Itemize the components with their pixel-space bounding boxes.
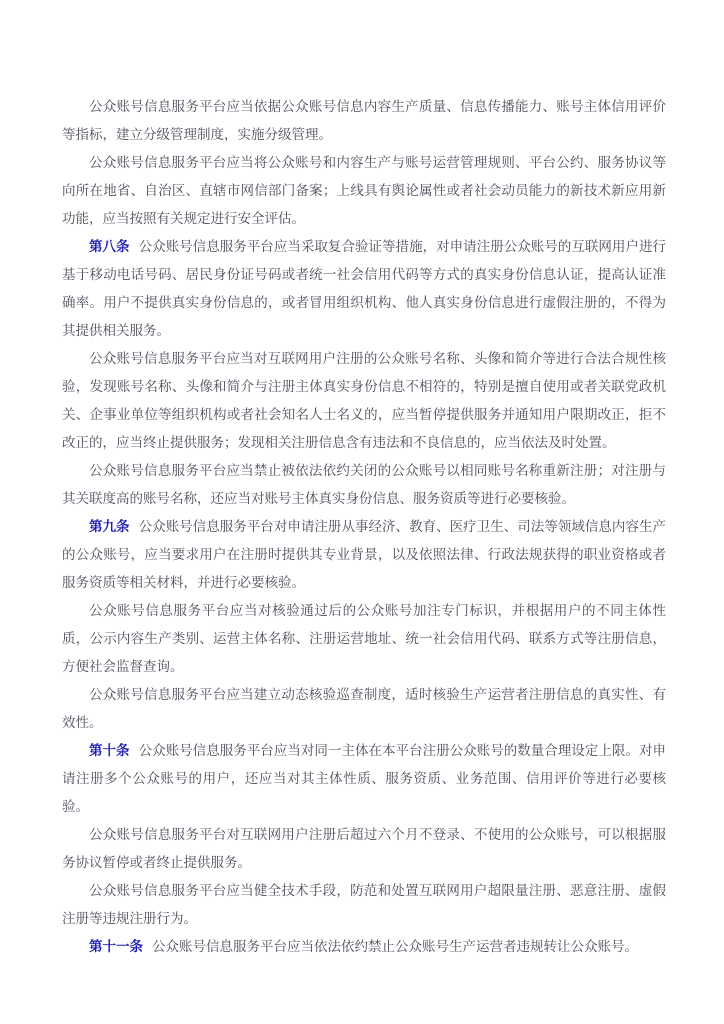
paragraph: 公众账号信息服务平台对互联网用户注册后超过六个月不登录、不使用的公众账号，可以根… <box>62 821 666 877</box>
article-number: 第十一条 <box>89 939 143 954</box>
paragraph-text: 公众账号信息服务平台应当建立动态核验巡查制度，适时核验生产运营者注册信息的真实性… <box>62 687 666 730</box>
paragraph: 公众账号信息服务平台应当对互联网用户注册的公众账号名称、头像和简介等进行合法合规… <box>62 345 666 457</box>
article-number: 第九条 <box>89 519 130 534</box>
paragraph: 公众账号信息服务平台应当对核验通过后的公众账号加注专门标识，并根据用户的不同主体… <box>62 597 666 681</box>
paragraph-text: 公众账号信息服务平台对申请注册从事经济、教育、医疗卫生、司法等领域信息内容生产的… <box>62 519 666 590</box>
paragraph-text: 公众账号信息服务平台应当健全技术手段，防范和处置互联网用户超限量注册、恶意注册、… <box>62 883 666 926</box>
document-body: 公众账号信息服务平台应当依据公众账号信息内容生产质量、信息传播能力、账号主体信用… <box>62 93 666 961</box>
paragraph-text: 公众账号信息服务平台应当对互联网用户注册的公众账号名称、头像和简介等进行合法合规… <box>62 351 666 450</box>
article-number: 第八条 <box>89 239 130 254</box>
article-number: 第十条 <box>89 743 130 758</box>
paragraph: 公众账号信息服务平台应当依据公众账号信息内容生产质量、信息传播能力、账号主体信用… <box>62 93 666 149</box>
paragraph: 公众账号信息服务平台应当健全技术手段，防范和处置互联网用户超限量注册、恶意注册、… <box>62 877 666 933</box>
document-page: 公众账号信息服务平台应当依据公众账号信息内容生产质量、信息传播能力、账号主体信用… <box>0 0 724 1024</box>
paragraph-text: 公众账号信息服务平台应当依法依约禁止公众账号生产运营者违规转让公众账号。 <box>152 939 638 954</box>
paragraph-text: 公众账号信息服务平台应当依据公众账号信息内容生产质量、信息传播能力、账号主体信用… <box>62 99 666 142</box>
paragraph: 公众账号信息服务平台应当建立动态核验巡查制度，适时核验生产运营者注册信息的真实性… <box>62 681 666 737</box>
paragraph-text: 公众账号信息服务平台应当对同一主体在本平台注册公众账号的数量合理设定上限。对申请… <box>62 743 666 814</box>
paragraph-text: 公众账号信息服务平台应当对核验通过后的公众账号加注专门标识，并根据用户的不同主体… <box>62 603 666 674</box>
paragraph: 公众账号信息服务平台应当禁止被依法依约关闭的公众账号以相同账号名称重新注册；对注… <box>62 457 666 513</box>
paragraph: 公众账号信息服务平台应当将公众账号和内容生产与账号运营管理规则、平台公约、服务协… <box>62 149 666 233</box>
paragraph-text: 公众账号信息服务平台应当将公众账号和内容生产与账号运营管理规则、平台公约、服务协… <box>62 155 666 226</box>
paragraph: 第八条公众账号信息服务平台应当采取复合验证等措施，对申请注册公众账号的互联网用户… <box>62 233 666 345</box>
paragraph-text: 公众账号信息服务平台应当禁止被依法依约关闭的公众账号以相同账号名称重新注册；对注… <box>62 463 666 506</box>
paragraph: 第十一条公众账号信息服务平台应当依法依约禁止公众账号生产运营者违规转让公众账号。 <box>62 933 666 961</box>
paragraph-text: 公众账号信息服务平台对互联网用户注册后超过六个月不登录、不使用的公众账号，可以根… <box>62 827 666 870</box>
paragraph: 第九条公众账号信息服务平台对申请注册从事经济、教育、医疗卫生、司法等领域信息内容… <box>62 513 666 597</box>
paragraph: 第十条公众账号信息服务平台应当对同一主体在本平台注册公众账号的数量合理设定上限。… <box>62 737 666 821</box>
paragraph-text: 公众账号信息服务平台应当采取复合验证等措施，对申请注册公众账号的互联网用户进行基… <box>62 239 666 338</box>
